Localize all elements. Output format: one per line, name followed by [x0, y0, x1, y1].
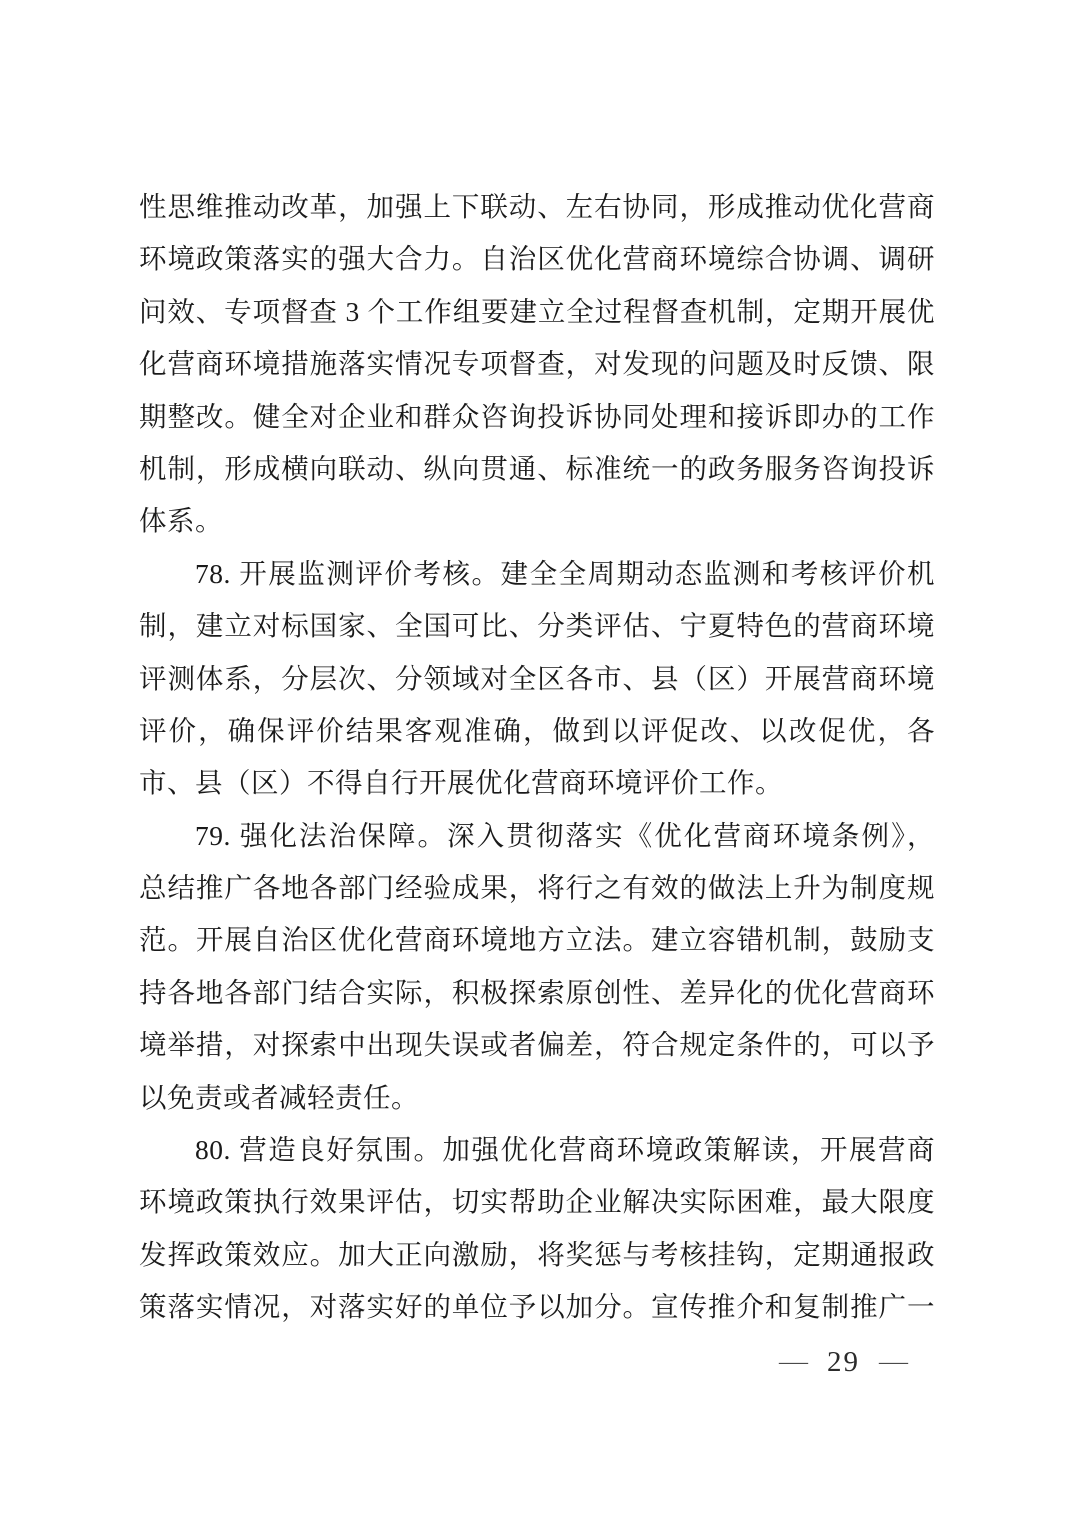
text-line: 期整改。健全对企业和群众咨询投诉协同处理和接诉即办的工作 [139, 391, 935, 443]
text-line: 发挥政策效应。加大正向激励，将奖惩与考核挂钩，定期通报政 [139, 1229, 935, 1281]
text-line: 持各地各部门结合实际，积极探索原创性、差异化的优化营商环 [139, 967, 935, 1019]
text-line: 以免责或者减轻责任。 [139, 1072, 935, 1124]
page-number-value: 29 [827, 1346, 860, 1378]
text-line: 环境政策落实的强大合力。自治区优化营商环境综合协调、调研 [139, 233, 935, 285]
text-line: 机制，形成横向联动、纵向贯通、标准统一的政务服务咨询投诉 [139, 443, 935, 495]
text-line-item-78: 78. 开展监测评价考核。建全全周期动态监测和考核评价机 [139, 548, 935, 600]
text-line: 评价，确保评价结果客观准确，做到以评促改、以改促优，各 [139, 705, 935, 757]
text-line-item-80: 80. 营造良好氛围。加强优化营商环境政策解读，开展营商 [139, 1124, 935, 1176]
text-line: 总结推广各地各部门经验成果，将行之有效的做法上升为制度规 [139, 862, 935, 914]
text-line: 策落实情况，对落实好的单位予以加分。宣传推介和复制推广一 [139, 1281, 935, 1333]
page-number-right-dash: — [879, 1349, 908, 1375]
text-line: 评测体系，分层次、分领域对全区各市、县（区）开展营商环境 [139, 653, 935, 705]
text-line: 体系。 [139, 495, 935, 547]
text-line: 制，建立对标国家、全国可比、分类评估、宁夏特色的营商环境 [139, 600, 935, 652]
text-line: 化营商环境措施落实情况专项督查，对发现的问题及时反馈、限 [139, 338, 935, 390]
page-number-left-dash: — [779, 1349, 808, 1375]
text-line: 环境政策执行效果评估，切实帮助企业解决实际困难，最大限度 [139, 1176, 935, 1228]
text-line-item-79: 79. 强化法治保障。深入贯彻落实《优化营商环境条例》， [139, 810, 935, 862]
text-line: 问效、专项督查 3 个工作组要建立全过程督查机制，定期开展优 [139, 286, 935, 338]
text-line: 境举措，对探索中出现失误或者偏差，符合规定条件的，可以予 [139, 1019, 935, 1071]
document-text-block: 性思维推动改革，加强上下联动、左右协同，形成推动优化营商 环境政策落实的强大合力… [139, 181, 935, 1334]
text-line: 性思维推动改革，加强上下联动、左右协同，形成推动优化营商 [139, 181, 935, 233]
text-line: 范。开展自治区优化营商环境地方立法。建立容错机制，鼓励支 [139, 914, 935, 966]
document-page: 性思维推动改革，加强上下联动、左右协同，形成推动优化营商 环境政策落实的强大合力… [0, 0, 1074, 1520]
text-line: 市、县（区）不得自行开展优化营商环境评价工作。 [139, 757, 935, 809]
page-number: — 29 — [779, 1346, 908, 1378]
